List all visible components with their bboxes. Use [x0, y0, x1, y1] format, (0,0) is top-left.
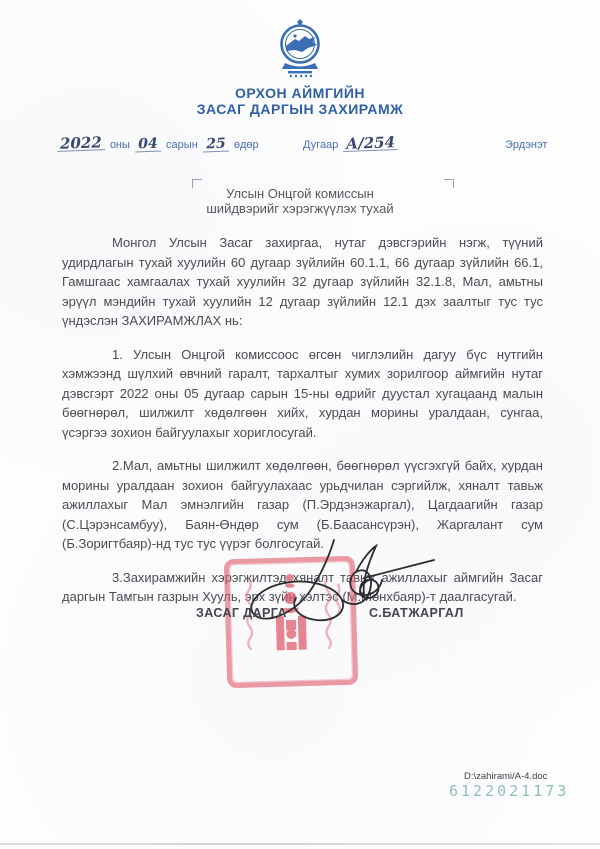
- decree-number-line: Дугаар А/254: [303, 137, 400, 151]
- subject-title: Улсын Онцгой комиссын шийдвэрийг хэрэгжү…: [0, 186, 600, 216]
- signer-role-label: ЗАСАГ ДАРГА: [196, 606, 287, 620]
- handwritten-day: 25: [203, 138, 229, 153]
- preamble-paragraph: Монгол Улсын Засаг захиргаа, нутаг дэвсг…: [62, 233, 543, 331]
- state-emblem-icon: [268, 18, 332, 82]
- subject-line2: шийдвэрийг хэрэгжүүлэх тухай: [0, 201, 600, 216]
- scanned-decree-page: ОРХОН АЙМГИЙН ЗАСАГ ДАРГЫН ЗАХИРАМЖ 2022…: [0, 0, 600, 849]
- city-label: Эрдэнэт: [505, 139, 547, 151]
- clause-1: 1. Улсын Онцгой комиссоос өгсөн чиглэлий…: [62, 345, 543, 443]
- number-label: Дугаар: [303, 139, 338, 151]
- scan-bottom-edge: [0, 843, 600, 845]
- day-label: өдөр: [234, 139, 259, 151]
- registration-number-stamp: 6122021173: [449, 782, 569, 800]
- meta-row: 2022 оны 04 сарын 25 өдөр Дугаар А/254 Э…: [0, 131, 600, 157]
- month-label: сарын: [166, 139, 198, 151]
- org-name-line2: ЗАСАГ ДАРГЫН ЗАХИРАМЖ: [0, 101, 600, 117]
- file-path-label: D:\zahirami/A-4.doc: [464, 771, 547, 782]
- handwritten-year: 2022: [57, 136, 105, 152]
- handwritten-decree-number: А/254: [343, 136, 398, 152]
- year-label: оны: [110, 139, 130, 151]
- signature-row: ЗАСАГ ДАРГА С.БАТЖАРГАЛ: [0, 606, 600, 622]
- signature-ink-icon: [238, 538, 438, 658]
- date-line: 2022 оны 04 сарын 25 өдөр: [55, 137, 259, 152]
- handwritten-month: 04: [135, 138, 161, 153]
- subject-line1: Улсын Онцгой комиссын: [0, 186, 600, 201]
- org-name-line1: ОРХОН АЙМГИЙН: [0, 85, 600, 101]
- signer-name: С.БАТЖАРГАЛ: [369, 606, 464, 620]
